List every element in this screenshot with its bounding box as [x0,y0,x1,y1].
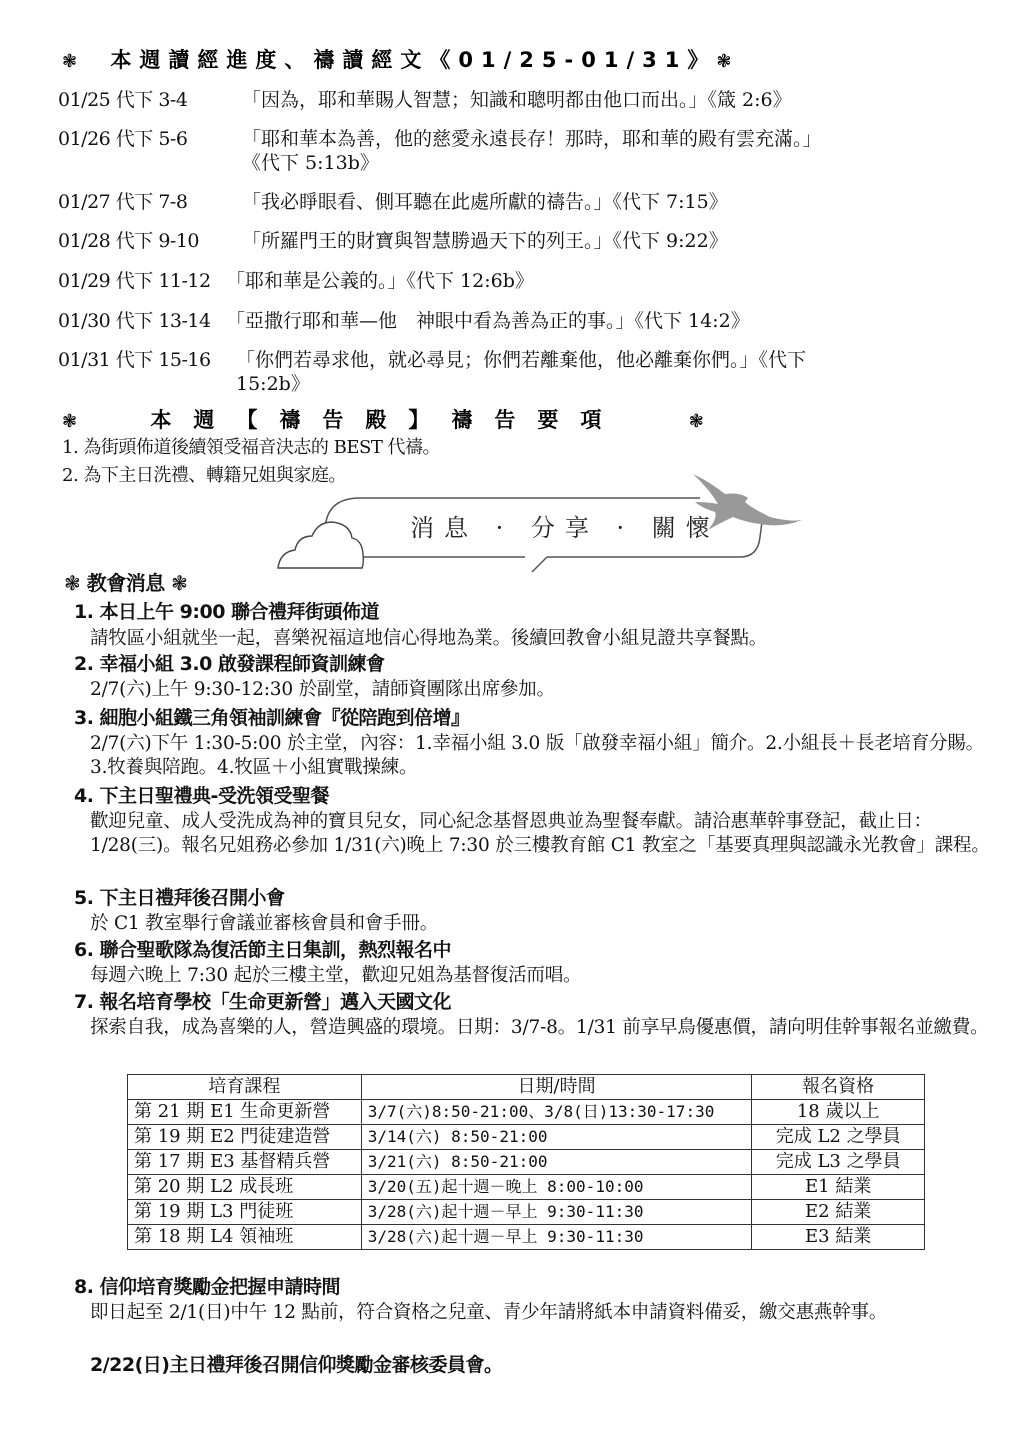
news-heading: 1. 本日上午 9:00 聯合禮拜街頭佈道 [74,600,379,624]
table-cell-eligibility: 完成 L3 之學員 [752,1150,925,1175]
table-cell-eligibility: E2 結業 [752,1200,925,1225]
news-heading: 4. 下主日聖禮典-受洗領受聖餐 [74,784,329,808]
table-cell-datetime: 3/21(六) 8:50-21:00 [361,1150,752,1175]
news-heading: 2. 幸福小組 3.0 啟發課程師資訓練會 [74,652,384,676]
reading-date: 01/26 代下 5-6 [58,127,187,151]
reading-verse: 「你們若尋求他，就必尋見；你們若離棄他，他必離棄你們。」《代下 [236,348,806,372]
news-body: 即日起至 2/1(日)中午 12 點前，符合資格之兒童、青少年請將紙本申請資料備… [90,1301,990,1325]
prayer-item: 1. 為街頭佈道後續領受福音決志的 BEST 代禱。 [62,436,440,460]
reading-verse: 「所羅門王的財寶與智慧勝過天下的列王。」《代下 9:22》 [242,229,728,253]
reading-verse-cont: 15:2b》 [236,372,310,396]
news-body: 於 C1 教室舉行會議並審核會員和會手冊。 [90,912,990,936]
table-header-row: 培育課程 日期/時間 報名資格 [128,1075,925,1100]
news-body: 探索自我，成為喜樂的人，營造興盛的環境。日期：3/7-8。1/31 前享早鳥優惠… [90,1016,990,1040]
reading-date: 01/29 代下 11-12 [58,269,211,293]
table-cell-datetime: 3/20(五)起十週－晚上 8:00-10:00 [361,1175,752,1200]
table-row: 第 21 期 E1 生命更新營 3/7(六)8:50-21:00、3/8(日)1… [128,1100,925,1125]
flower-icon: ❃ [62,51,85,72]
table-header: 培育課程 [128,1075,362,1100]
news-footer-note: 2/22(日)主日禮拜後召開信仰獎勵金審核委員會。 [90,1353,502,1377]
news-heading: 3. 細胞小組鐵三角領袖訓練會『從陪跑到倍增』 [74,706,470,730]
table-cell-eligibility: E3 結業 [752,1225,925,1250]
table-cell-datetime: 3/28(六)起十週－早上 9:30-11:30 [361,1200,752,1225]
reading-title-text: 本週讀經進度、禱讀經文《01/25-01/31》 [110,48,716,72]
news-body: 2/7(六)下午 1:30-5:00 於主堂，內容：1.幸福小組 3.0 版「啟… [90,732,990,780]
reading-verse: 「我必睜眼看、側耳聽在此處所獻的禱告。」《代下 7:15》 [242,190,728,214]
news-heading: 6. 聯合聖歌隊為復活節主日集訓，熱烈報名中 [74,938,451,962]
reading-verse: 「因為，耶和華賜人智慧；知識和聰明都由他口而出。」《箴 2:6》 [242,88,792,112]
news-heading: 5. 下主日禮拜後召開小會 [74,886,285,910]
table-cell-datetime: 3/28(六)起十週－早上 9:30-11:30 [361,1225,752,1250]
flower-icon: ❃ [689,411,704,432]
flower-icon: ❃ [62,411,77,432]
course-table: 培育課程 日期/時間 報名資格 第 21 期 E1 生命更新營 3/7(六)8:… [127,1074,925,1250]
table-cell-eligibility: E1 結業 [752,1175,925,1200]
news-body: 歡迎兒童、成人受洗成為神的寶貝兒女，同心紀念基督恩典並為聖餐奉獻。請洽惠華幹事登… [90,810,990,858]
cloud-icon [278,522,363,568]
reading-date: 01/27 代下 7-8 [58,190,187,214]
table-cell-datetime: 3/7(六)8:50-21:00、3/8(日)13:30-17:30 [361,1100,752,1125]
table-row: 第 18 期 L4 領袖班 3/28(六)起十週－早上 9:30-11:30 E… [128,1225,925,1250]
reading-date: 01/28 代下 9-10 [58,229,199,253]
news-body: 請牧區小組就坐一起，喜樂祝福這地信心得地為業。後續回教會小組見證共享餐點。 [90,627,990,651]
table-row: 第 20 期 L2 成長班 3/20(五)起十週－晚上 8:00-10:00 E… [128,1175,925,1200]
reading-verse: 「耶和華本為善，他的慈愛永遠長存！那時，耶和華的殿有雲充滿。」 [242,127,822,151]
reading-section-title: ❃ 本週讀經進度、禱讀經文《01/25-01/31》❃ [62,44,739,74]
news-body: 每週六晚上 7:30 起於三樓主堂，歡迎兄姐為基督復活而唱。 [90,964,990,988]
table-header: 日期/時間 [361,1075,752,1100]
table-cell-datetime: 3/14(六) 8:50-21:00 [361,1125,752,1150]
prayer-title-text: 本週【禱告殿】禱告要項 [150,408,623,432]
table-row: 第 19 期 E2 門徒建造營 3/14(六) 8:50-21:00 完成 L2… [128,1125,925,1150]
reading-date: 01/30 代下 13-14 [58,309,211,333]
news-body: 2/7(六)上午 9:30-12:30 於副堂，請師資團隊出席參加。 [90,678,990,702]
banner-title: 消息 · 分享 · 關懷 [410,508,720,543]
news-heading: 7. 報名培育學校「生命更新營」邁入天國文化 [74,990,451,1014]
reading-verse: 「亞撒行耶和華—他 神眼中看為善為正的事。」《代下 14:2》 [226,309,750,333]
prayer-section-title: ❃ 本週【禱告殿】禱告要項 ❃ [62,404,704,434]
reading-date: 01/31 代下 15-16 [58,348,211,372]
table-header: 報名資格 [752,1075,925,1100]
table-cell-course: 第 19 期 E2 門徒建造營 [128,1125,362,1150]
reading-date: 01/25 代下 3-4 [58,88,187,112]
table-cell-eligibility: 完成 L2 之學員 [752,1125,925,1150]
news-section-title: ❃ 教會消息 ❃ [64,571,187,595]
reading-verse: 「耶和華是公義的。」《代下 12:6b》 [226,269,534,293]
table-cell-course: 第 19 期 L3 門徒班 [128,1200,362,1225]
table-row: 第 19 期 L3 門徒班 3/28(六)起十週－早上 9:30-11:30 E… [128,1200,925,1225]
news-heading: 8. 信仰培育獎勵金把握申請時間 [74,1275,340,1299]
reading-verse-cont: 《代下 5:13b》 [242,151,379,175]
table-cell-course: 第 20 期 L2 成長班 [128,1175,362,1200]
table-cell-course: 第 18 期 L4 領袖班 [128,1225,362,1250]
table-cell-eligibility: 18 歲以上 [752,1100,925,1125]
table-cell-course: 第 17 期 E3 基督精兵營 [128,1150,362,1175]
flower-icon: ❃ [716,51,739,72]
table-cell-course: 第 21 期 E1 生命更新營 [128,1100,362,1125]
table-row: 第 17 期 E3 基督精兵營 3/21(六) 8:50-21:00 完成 L3… [128,1150,925,1175]
